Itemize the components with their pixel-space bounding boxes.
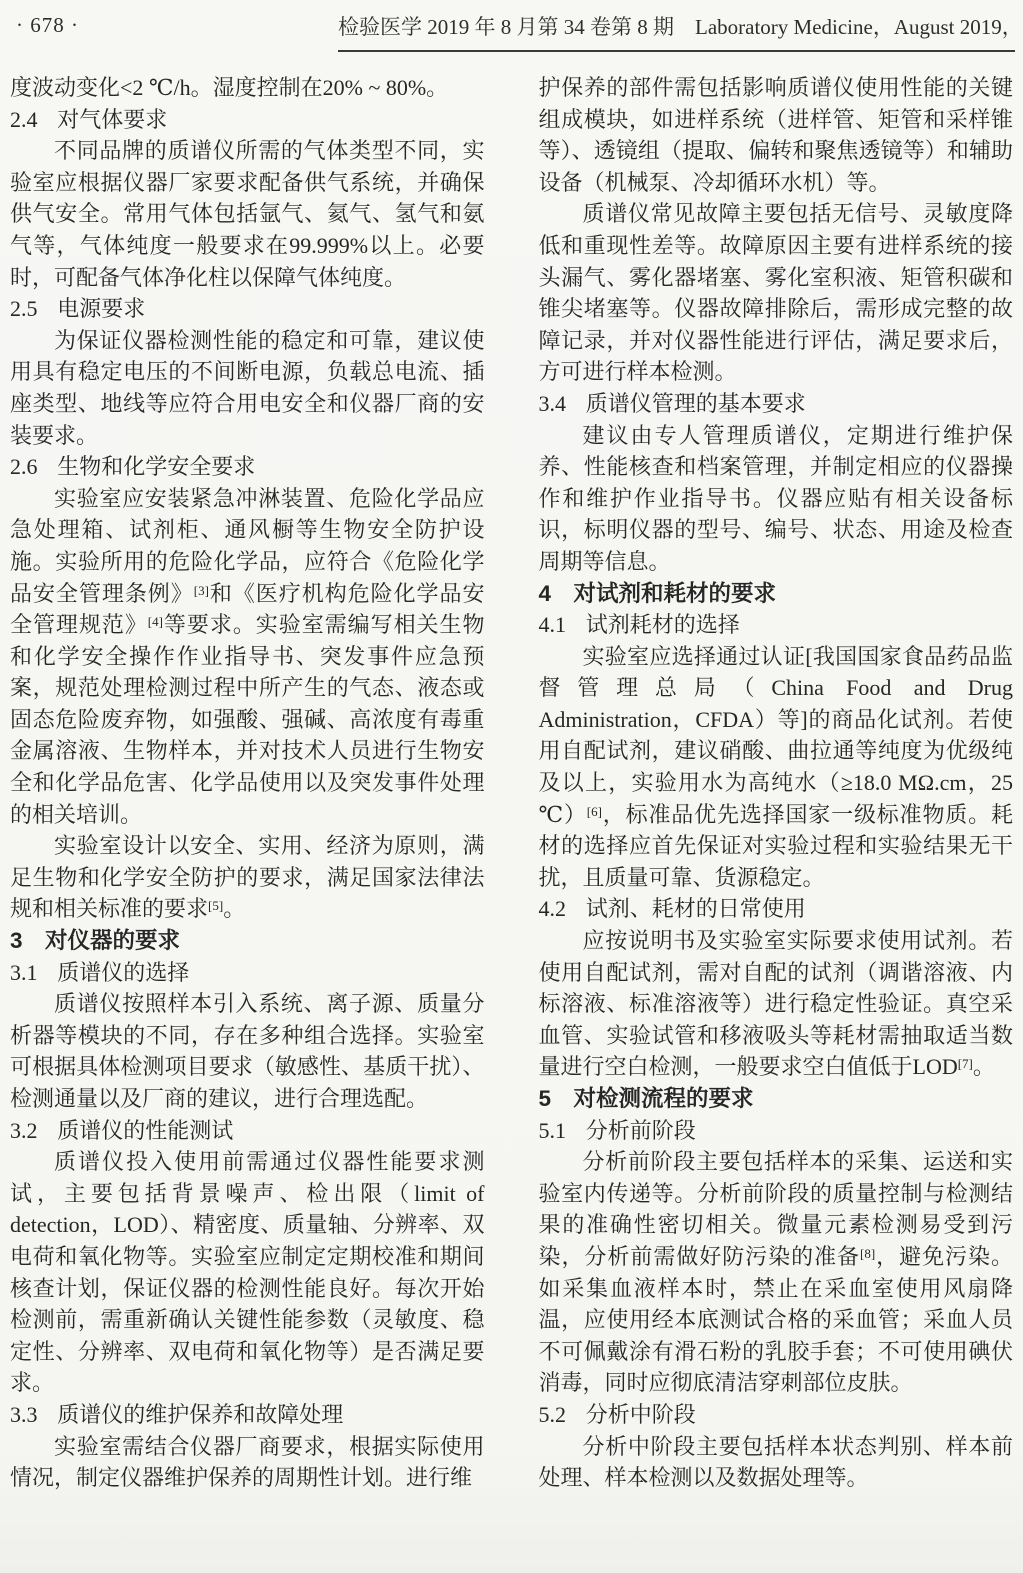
subsection-number: 3.2 xyxy=(10,1118,38,1143)
subsection-title: 分析前阶段 xyxy=(586,1118,696,1143)
subsection-number: 5.2 xyxy=(539,1402,567,1427)
journal-page: · 678 · 检验医学 2019 年 8 月第 34 卷第 8 期 Labor… xyxy=(0,0,1023,1573)
subsection-title: 质谱仪的性能测试 xyxy=(57,1118,233,1143)
subsection-number: 3.4 xyxy=(539,391,567,416)
subsection-title: 对气体要求 xyxy=(57,107,167,132)
paragraph: 为保证仪器检测性能的稳定和可靠，建议使用具有稳定电压的不间断电源，负载总电流、插… xyxy=(10,325,485,451)
paragraph: 分析前阶段主要包括样本的采集、运送和实验室内传递等。分析前阶段的质量控制与检测结… xyxy=(539,1146,1014,1399)
subsection-title: 质谱仪的选择 xyxy=(57,960,189,985)
paragraph: 实验室应安装紧急冲淋装置、危险化学品应急处理箱、试剂柜、通风橱等生物安全防护设施… xyxy=(10,483,485,831)
chapter-number: 3 xyxy=(10,928,23,953)
left-column: 度波动变化<2 ℃/h。湿度控制在20% ~ 80%。 2.4对气体要求 不同品… xyxy=(10,72,485,1494)
subsection-number: 2.4 xyxy=(10,107,38,132)
subsection-heading: 3.4质谱仪管理的基本要求 xyxy=(539,388,1014,420)
subsection-heading: 5.1分析前阶段 xyxy=(539,1115,1014,1147)
chapter-heading: 3对仪器的要求 xyxy=(10,925,485,957)
paragraph: 质谱仪投入使用前需通过仪器性能要求测试，主要包括背景噪声、检出限（limit o… xyxy=(10,1146,485,1399)
subsection-heading: 3.3质谱仪的维护保养和故障处理 xyxy=(10,1399,485,1431)
right-column: 护保养的部件需包括影响质谱仪使用性能的关键组成模块，如进样系统（进样管、矩管和采… xyxy=(539,72,1014,1494)
subsection-heading: 4.1试剂耗材的选择 xyxy=(539,609,1014,641)
subsection-number: 2.6 xyxy=(10,454,38,479)
chapter-heading: 4对试剂和耗材的要求 xyxy=(539,578,1014,610)
subsection-heading: 4.2试剂、耗材的日常使用 xyxy=(539,893,1014,925)
article-body: 度波动变化<2 ℃/h。湿度控制在20% ~ 80%。 2.4对气体要求 不同品… xyxy=(10,72,1013,1494)
continuation-paragraph: 护保养的部件需包括影响质谱仪使用性能的关键组成模块，如进样系统（进样管、矩管和采… xyxy=(539,72,1014,198)
page-number: · 678 · xyxy=(16,13,79,38)
subsection-title: 电源要求 xyxy=(57,296,145,321)
subsection-heading: 2.5电源要求 xyxy=(10,293,485,325)
chapter-title: 对试剂和耗材的要求 xyxy=(574,581,777,606)
subsection-title: 试剂、耗材的日常使用 xyxy=(586,896,806,921)
paragraph: 不同品牌的质谱仪所需的气体类型不同，实验室应根据仪器厂家要求配备供气系统，并确保… xyxy=(10,135,485,293)
subsection-title: 试剂耗材的选择 xyxy=(586,612,740,637)
subsection-title: 分析中阶段 xyxy=(586,1402,696,1427)
paragraph: 建议由专人管理质谱仪，定期进行维护保养、性能核查和档案管理，并制定相应的仪器操作… xyxy=(539,420,1014,578)
chapter-heading: 5对检测流程的要求 xyxy=(539,1083,1014,1115)
subsection-title: 质谱仪管理的基本要求 xyxy=(586,391,806,416)
subsection-number: 3.1 xyxy=(10,960,38,985)
continuation-paragraph: 度波动变化<2 ℃/h。湿度控制在20% ~ 80%。 xyxy=(10,72,485,104)
subsection-title: 质谱仪的维护保养和故障处理 xyxy=(57,1402,343,1427)
paragraph: 质谱仪按照样本引入系统、离子源、质量分析器等模块的不同，存在多种组合选择。实验室… xyxy=(10,988,485,1114)
subsection-heading: 5.2分析中阶段 xyxy=(539,1399,1014,1431)
subsection-number: 4.1 xyxy=(539,612,567,637)
journal-header-line: 检验医学 2019 年 8 月第 34 卷第 8 期 Laboratory Me… xyxy=(338,11,1015,52)
subsection-heading: 2.6生物和化学安全要求 xyxy=(10,451,485,483)
subsection-number: 4.2 xyxy=(539,896,567,921)
chapter-title: 对检测流程的要求 xyxy=(574,1086,754,1111)
chapter-title: 对仪器的要求 xyxy=(45,928,180,953)
chapter-number: 5 xyxy=(539,1086,552,1111)
subsection-number: 2.5 xyxy=(10,296,38,321)
paragraph: 质谱仪常见故障主要包括无信号、灵敏度降低和重现性差等。故障原因主要有进样系统的接… xyxy=(539,198,1014,388)
subsection-heading: 2.4对气体要求 xyxy=(10,104,485,136)
chapter-number: 4 xyxy=(539,581,552,606)
subsection-heading: 3.1质谱仪的选择 xyxy=(10,957,485,989)
paragraph: 分析中阶段主要包括样本状态判别、样本前处理、样本检测以及数据处理等。 xyxy=(539,1431,1014,1494)
subsection-title: 生物和化学安全要求 xyxy=(57,454,255,479)
subsection-number: 3.3 xyxy=(10,1402,38,1427)
paragraph: 实验室应选择通过认证[我国国家食品药品监督管理总局（China Food and… xyxy=(539,641,1014,894)
subsection-number: 5.1 xyxy=(539,1118,567,1143)
paragraph: 应按说明书及实验室实际要求使用试剂。若使用自配试剂，需对自配的试剂（调谐溶液、内… xyxy=(539,925,1014,1083)
paragraph: 实验室设计以安全、实用、经济为原则，满足生物和化学安全防护的要求，满足国家法律法… xyxy=(10,830,485,925)
paragraph: 实验室需结合仪器厂商要求，根据实际使用情况，制定仪器维护保养的周期性计划。进行维 xyxy=(10,1431,485,1494)
subsection-heading: 3.2质谱仪的性能测试 xyxy=(10,1115,485,1147)
